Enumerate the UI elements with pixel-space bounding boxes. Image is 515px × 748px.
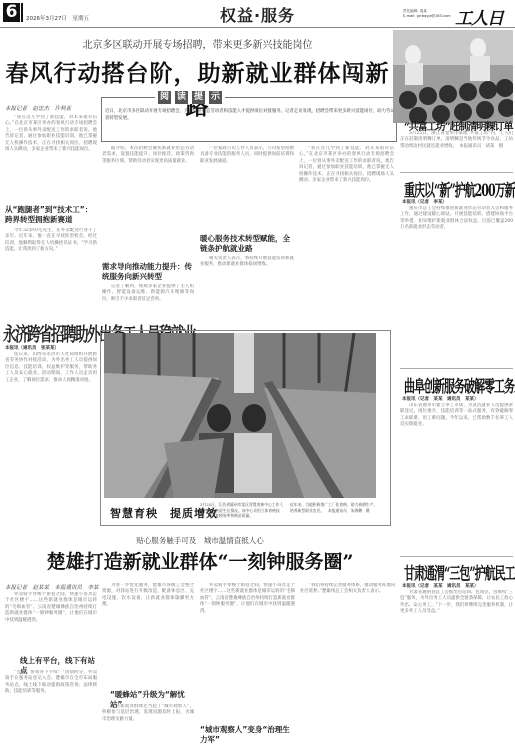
read-tip-char: 示 (209, 91, 222, 104)
lead-column-3b: 相关负责人表示，将持续开展技能培训和就业服务，推动新就业群体稳岗增收。 (200, 256, 294, 324)
right-divider (400, 368, 513, 369)
lead-subhead-3: 暖心服务技术转型赋能，全链条护航就业路 (200, 234, 294, 254)
lead-column-1b: 今年32岁的毛先生，在外卖配送行业干了多年。近年来，他一直在寻找转型机会。经过培… (5, 228, 97, 310)
story-a-byline: 本报讯（记者 李某） (402, 199, 512, 205)
lead-subhead-2: 需求导向推动能力提升：传统服务向新兴转型 (102, 262, 194, 282)
story-c-byline: 本报讯（记者 某某 通讯员 某某） (402, 583, 512, 589)
bottom-column-4: “我们将持续完善服务体系，推动服务阵地向社区延伸。”楚雄州总工会相关负责人表示。 (300, 583, 395, 748)
story-a-text: 重庆市总工会持续推进新就业形态劳动者入会和服务工作，通过建设暖心驿站、开展技能培… (400, 206, 513, 366)
story-b-text: 山东省曲阜市建立零工市场，为灵活就业人员提供求职登记、岗位推介、技能培训等一站式… (400, 403, 513, 553)
story2-byline: 本报讯（通讯员 张某某） (5, 345, 97, 351)
story-c-text: 甘肃省通渭县总工会推出包培训、包岗位、包维权“三包”服务，为外出务工人员提供全链… (400, 590, 513, 746)
lead-byline: 本报记者 赵忠杰 许利亚 (5, 104, 71, 112)
right-photo-text: 3月25日，浙江省金华市某地“共富工坊”内，工人们正在赶制清明粿订单。清明粿是当… (400, 131, 513, 167)
bottom-column-3: 外卖骑手穿梭于街巷之间，快递小哥奔走于社区楼宇……这些新就业群体是城市运转的“毛… (200, 583, 295, 723)
bottom-column-1: 外卖骑手穿梭于街巷之间，快递小哥奔走于社区楼宇……这些新就业群体是城市运转的“毛… (5, 592, 97, 652)
workshop-photo (393, 30, 513, 123)
read-tip-text: 近日，北京市多区联动开展专场招聘会，为新就业形态劳动者和技能人才提供岗位对接服务… (105, 108, 395, 122)
bottom-subhead-3: “城市观察人”变身“治理生力军” (200, 725, 295, 745)
right-divider (400, 172, 513, 173)
lead-column-2b: 记者了解到，现场多家企业提供了无人机操作、智能设备运维、新能源汽车维修等岗位，吸… (102, 284, 194, 324)
editor-info: 责任编辑: 周某 E-mail: grrbqyjz@163.com (403, 9, 451, 19)
story2-headline: 永济跨省招聘助外出务工人员稳就业 (3, 318, 99, 346)
lead-column-4: “我在这儿学到了新技能，对未来很有信心。”在北京市某区举办的春风行动专场招聘会上… (299, 146, 394, 324)
editor-email: E-mail: grrbqyjz@163.com (403, 14, 451, 19)
bottom-kicker: 贴心服务触手可及 城市温情直抵人心 (0, 535, 400, 546)
read-tip-char: 提 (192, 91, 205, 104)
story-c-headline: 甘肃通渭“三包”护航民工务工无忧 (404, 561, 515, 585)
bottom-column-2b: 一些新就业群体还当起了“城市观察人”，积极参与基层治理，发现问题及时上报，为城市… (102, 704, 194, 748)
story2-text: 连日来，山西省永济市人社局组织开展跨省劳务协作对接活动，为外出务工人员提供岗位信… (5, 352, 97, 526)
read-tip-char: 阅 (158, 91, 171, 104)
lead-column-3: 一位家政公司工作人员表示，公司希望招聘具备专业技能的服务人员，同时提供岗前培训和… (200, 146, 294, 231)
masthead-rule (0, 27, 515, 28)
lead-subhead-1: 从“跑腿者”到“技术工”：跨界转型拥抱新赛道 (5, 205, 97, 225)
story-b-headline: 曲阜创新服务破解零工务工难题 (404, 374, 515, 398)
workshop-photo-illustration (393, 30, 513, 123)
bottom-column-1b: “会员，帮我办下手续！”清晨时分，外卖骑手在服务站登记入会。楚雄市在全市布局服务… (5, 670, 97, 748)
read-tip-char: 读 (175, 91, 188, 104)
seedling-photo-illustration (104, 333, 376, 498)
story-b-byline: 本报讯（记者 某某 通讯员 某某） (402, 396, 512, 402)
lead-column-1: “我在这儿学到了新技能，对未来很有信心。”在北京市某区举办的春风行动专场招聘会上… (5, 115, 97, 200)
lead-column-2: 据介绍，本次招聘会聚焦新就业形态劳动者需求，设置技能提升、岗位推荐、政策咨询等服… (102, 146, 194, 256)
photo-caption-text-2: 近年来，当地积极推广工厂化育秧，助力春耕生产，培养新型职业农民。 本报通讯员 朱… (290, 502, 378, 513)
bottom-headline: 楚雄打造新就业群体“一刻钟服务圈” (0, 547, 400, 574)
lead-kicker: 北京多区联动开展专场招聘，带来更多新兴技能岗位 (0, 36, 395, 51)
seedling-photo (104, 333, 376, 498)
read-tip-label: 阅 读 提 示 (155, 91, 225, 104)
photo-caption-text-1: 3月25日，江西省赣州市某区智慧育秧中心工作人员在查看秧苗生长情况。该中心采用立… (200, 502, 285, 519)
bottom-byline: 本报记者 赵某某 本报通讯员 李某 (5, 583, 99, 591)
bottom-column-2: 为进一步优化服务，楚雄市各级工会整合资源，对驿站进行升级改造，配备休息区、充电设… (102, 583, 194, 683)
right-divider (400, 556, 513, 557)
